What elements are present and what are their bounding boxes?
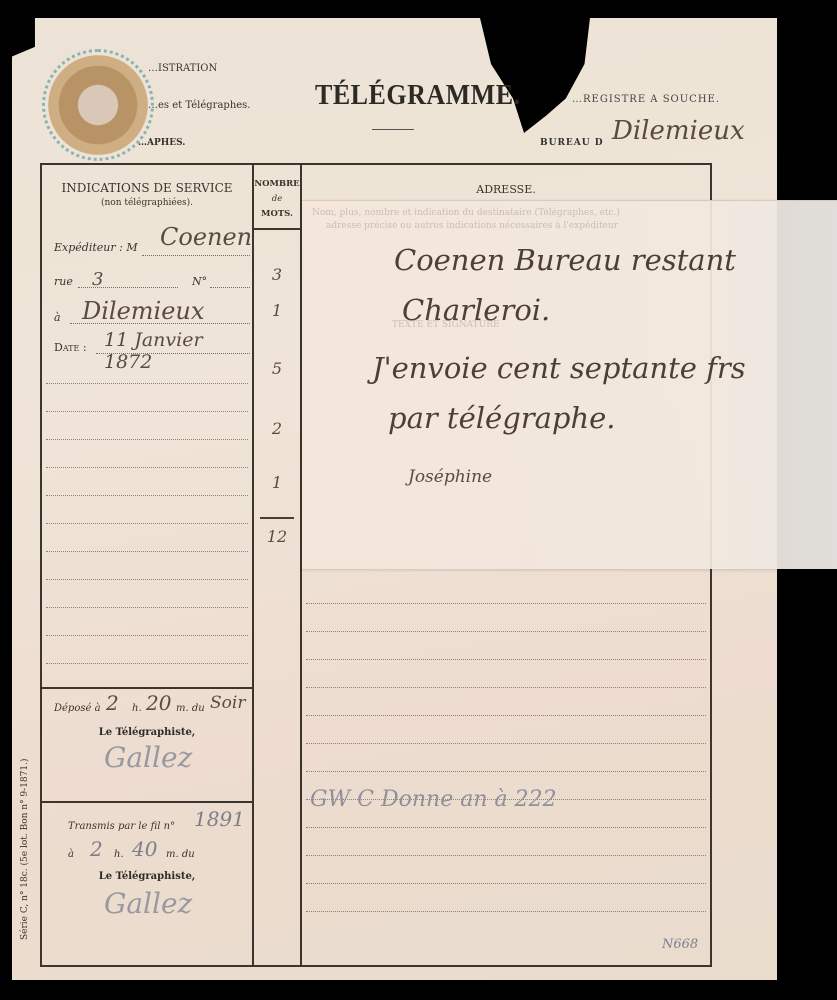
date-value: 11 Janvier 1872 bbox=[104, 329, 252, 373]
rue-label: rue bbox=[54, 275, 73, 288]
deposit-period: Soir bbox=[210, 693, 245, 713]
word-count-total: 12 bbox=[254, 527, 300, 546]
service-line bbox=[46, 635, 248, 636]
word-count-a: 1 bbox=[254, 301, 300, 320]
address-line bbox=[306, 855, 706, 856]
admin-line-2: …es et Télégraphes. bbox=[148, 100, 251, 111]
service-line bbox=[46, 411, 248, 412]
admin-line-3: …APHES. bbox=[138, 138, 185, 148]
message-signature: Joséphine bbox=[408, 467, 492, 487]
document-title: TÉLÉGRAMME. bbox=[315, 79, 521, 112]
faint-print-2: adresse précise ou autres indications né… bbox=[326, 220, 746, 233]
ornament-divider bbox=[372, 129, 414, 130]
service-indications-column: INDICATIONS DE SERVICE (non télégraphiée… bbox=[42, 165, 254, 965]
transmission-telegraphist-label: Le Télégraphiste, bbox=[42, 871, 252, 882]
address-line bbox=[306, 687, 706, 688]
transmission-minute: 40 bbox=[132, 837, 157, 861]
deposit-box: Déposé à 2 h. 20 m. du Soir Le Télégraph… bbox=[42, 687, 252, 801]
address-line bbox=[306, 827, 706, 828]
deposit-telegraphist-label: Le Télégraphiste, bbox=[42, 727, 252, 738]
transmission-h-label: h. bbox=[114, 849, 124, 860]
number-label: N° bbox=[192, 275, 207, 288]
deposit-label: Déposé à bbox=[54, 703, 101, 714]
service-line bbox=[46, 579, 248, 580]
word-count-heading-2: de bbox=[254, 192, 300, 207]
service-line bbox=[46, 439, 248, 440]
address-line bbox=[306, 911, 706, 912]
message-line-4: par télégraphe. bbox=[388, 401, 616, 435]
deposit-h-label: h. bbox=[132, 703, 142, 714]
service-line bbox=[46, 663, 248, 664]
a-label: à bbox=[54, 311, 61, 324]
deposit-m-label: m. du bbox=[176, 703, 205, 714]
catalog-reference: N668 bbox=[662, 937, 698, 952]
service-line bbox=[46, 523, 248, 524]
deposit-hour: 2 bbox=[106, 691, 119, 715]
service-line bbox=[46, 551, 248, 552]
transmission-signature: Gallez bbox=[104, 887, 192, 920]
service-subheading: (non télégraphiées). bbox=[42, 198, 252, 208]
series-footnote: Série C, n° 18c. (5e lot. Bon n° 9-1871.… bbox=[20, 759, 30, 940]
transmission-box: Transmis par le fil n° 1891 à 2 h. 40 m.… bbox=[42, 801, 252, 967]
date-label: Date : bbox=[54, 341, 87, 354]
rue-value: 3 bbox=[92, 269, 103, 290]
word-count-line-2: 2 bbox=[254, 419, 300, 438]
postage-stamp-icon bbox=[48, 55, 148, 155]
admin-line-1: …ISTRATION bbox=[148, 63, 217, 74]
expediteur-value: Coenen bbox=[160, 223, 252, 251]
address-line bbox=[306, 715, 706, 716]
number-line bbox=[210, 287, 250, 288]
word-count-line-3: 1 bbox=[254, 473, 300, 492]
address-line bbox=[306, 743, 706, 744]
service-line bbox=[46, 383, 248, 384]
address-line bbox=[306, 603, 706, 604]
message-line-3: J'envoie cent septante frs bbox=[372, 351, 746, 385]
bureau-value: Dilemieux bbox=[612, 116, 745, 146]
address-line bbox=[306, 883, 706, 884]
bureau-label: BUREAU D bbox=[540, 138, 604, 148]
faint-print-1: Nom, plus, nombre et indication du desti… bbox=[312, 207, 732, 220]
a-value: Dilemieux bbox=[82, 297, 204, 325]
service-heading: INDICATIONS DE SERVICE bbox=[42, 181, 252, 195]
deposit-signature: Gallez bbox=[104, 741, 192, 774]
transmission-wire-no: 1891 bbox=[194, 807, 245, 831]
address-line bbox=[306, 771, 706, 772]
message-line-2: Charleroi. bbox=[402, 293, 550, 327]
word-count-column: NOMBRE de MOTS. 3 1 5 2 1 12 bbox=[254, 165, 302, 965]
word-count-heading-1: NOMBRE bbox=[254, 177, 300, 192]
total-rule bbox=[260, 517, 294, 519]
deposit-minute: 20 bbox=[146, 691, 171, 715]
service-line bbox=[46, 607, 248, 608]
pasted-message-strip: Nom, plus, nombre et indication du desti… bbox=[302, 200, 837, 569]
service-line bbox=[46, 467, 248, 468]
address-heading: ADRESSE. bbox=[302, 183, 710, 196]
message-line-1: Coenen Bureau restant bbox=[394, 243, 736, 277]
register-label: …REGISTRE A SOUCHE. bbox=[572, 94, 720, 105]
word-count-rue: 3 bbox=[254, 265, 300, 284]
address-line bbox=[306, 659, 706, 660]
word-count-heading: NOMBRE de MOTS. bbox=[254, 177, 300, 230]
address-line bbox=[306, 631, 706, 632]
transmission-m-label: m. du bbox=[166, 849, 195, 860]
service-line bbox=[46, 495, 248, 496]
expediteur-line bbox=[142, 255, 250, 256]
word-count-heading-3: MOTS. bbox=[254, 207, 300, 222]
transmission-note: GW C Donne an à 222 bbox=[310, 787, 557, 812]
transmission-a-label: à bbox=[68, 849, 74, 860]
expediteur-label: Expéditeur : M bbox=[54, 241, 138, 254]
transmission-wire-label: Transmis par le fil n° bbox=[68, 821, 175, 832]
transmission-hour: 2 bbox=[90, 837, 103, 861]
word-count-line-1: 5 bbox=[254, 359, 300, 378]
